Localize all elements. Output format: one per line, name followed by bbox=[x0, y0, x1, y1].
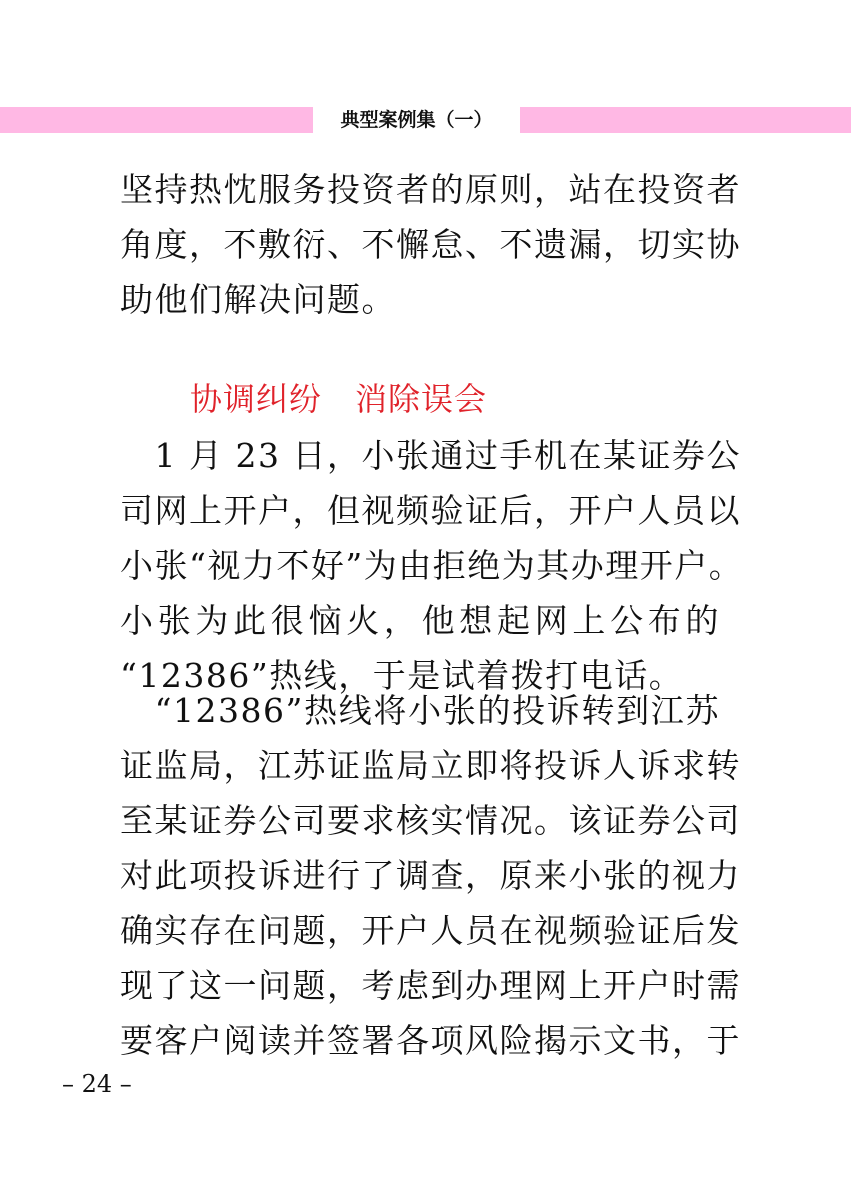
text-line: 坚持热忱服务投资者的原则，站在投资者 bbox=[120, 162, 720, 217]
text-line: 司网上开户，但视频验证后，开户人员以 bbox=[120, 483, 720, 538]
text-line: 角度，不敷衍、不懈怠、不遗漏，切实协 bbox=[120, 217, 720, 272]
page-number: – 24 – bbox=[62, 1068, 132, 1100]
header-band-right bbox=[520, 107, 851, 133]
header-band-left bbox=[0, 107, 313, 133]
text-line: 1 月 23 日，小张通过手机在某证券公 bbox=[120, 428, 720, 483]
text-line: “12386”热线将小张的投诉转到江苏 bbox=[120, 683, 720, 738]
text-line: 确实存在问题，开户人员在视频验证后发 bbox=[120, 903, 720, 958]
text-line: 证监局，江苏证监局立即将投诉人诉求转 bbox=[120, 738, 720, 793]
text-line: 至某证券公司要求核实情况。该证券公司 bbox=[120, 793, 720, 848]
text-line: 对此项投诉进行了调查，原来小张的视力 bbox=[120, 848, 720, 903]
text-line: 小张为此很恼火，他想起网上公布的 bbox=[120, 593, 720, 648]
text-line: 要客户阅读并签署各项风险揭示文书，于 bbox=[120, 1013, 720, 1068]
running-header-title: 典型案例集（一） bbox=[313, 107, 520, 133]
intro-paragraph: 坚持热忱服务投资者的原则，站在投资者 角度，不敷衍、不懈怠、不遗漏，切实协 助他… bbox=[120, 162, 720, 327]
text-line: 助他们解决问题。 bbox=[120, 272, 720, 327]
running-header: 典型案例集（一） bbox=[0, 107, 851, 133]
paragraph-2: “12386”热线将小张的投诉转到江苏 证监局，江苏证监局立即将投诉人诉求转 至… bbox=[120, 683, 720, 1068]
text-line: 现了这一问题，考虑到办理网上开户时需 bbox=[120, 958, 720, 1013]
text-line: 小张“视力不好”为由拒绝为其办理开户。 bbox=[120, 538, 720, 593]
section-heading: 协调纠纷 消除误会 bbox=[190, 377, 487, 421]
paragraph-1: 1 月 23 日，小张通过手机在某证券公 司网上开户，但视频验证后，开户人员以 … bbox=[120, 428, 720, 703]
